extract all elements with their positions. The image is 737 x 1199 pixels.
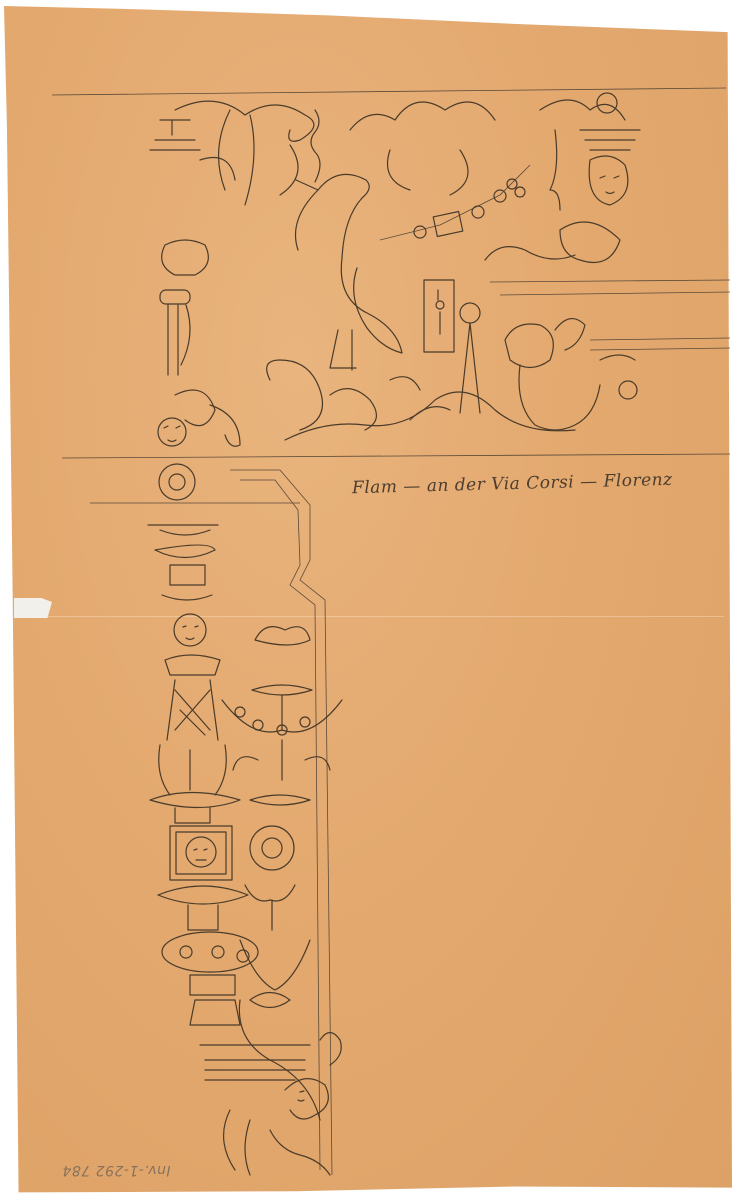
heron-figure [296, 110, 403, 370]
vertical-frame [159, 464, 332, 1175]
putto-figure [505, 319, 637, 430]
satyr-base [224, 1033, 342, 1176]
ornament-drawing [0, 0, 737, 1199]
bead-garland [380, 165, 530, 240]
grotesque-mask [485, 156, 628, 263]
right-candlestick [222, 627, 342, 1120]
inventory-number: Inv.-1-292 784 [62, 1162, 171, 1178]
dolphin-acanthus-scroll [267, 360, 575, 440]
top-ribbon-scrolls [175, 93, 640, 210]
left-column-top [150, 120, 240, 446]
